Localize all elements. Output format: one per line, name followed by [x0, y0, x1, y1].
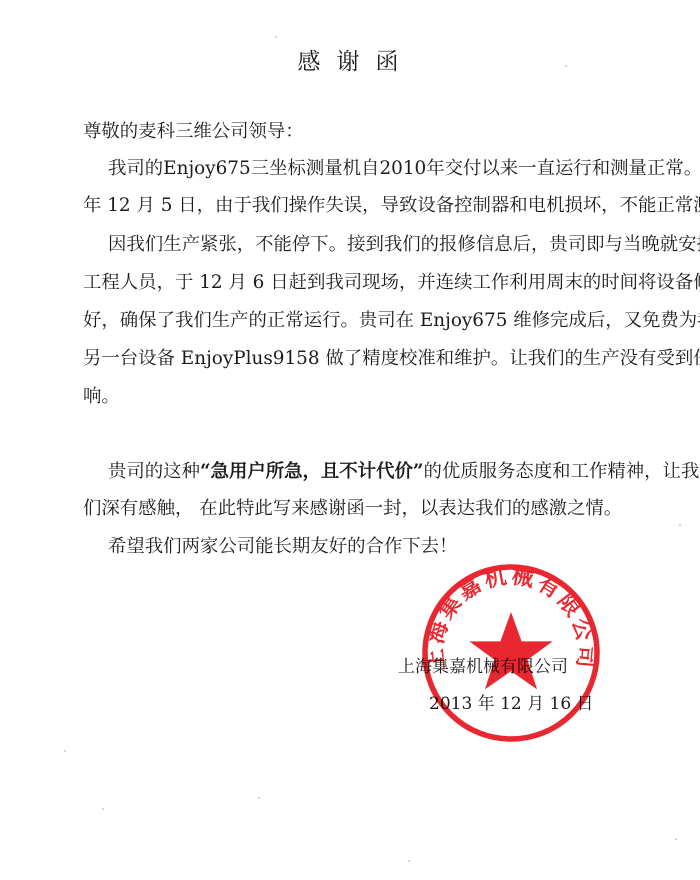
- paragraph-3-line-1: 贵司的这种“急用户所急，且不计代价”的优质服务态度和工作精神，让我: [108, 460, 671, 484]
- paragraph-3-prefix: 贵司的这种: [108, 460, 200, 484]
- paragraph-2-line-5: 响。: [83, 385, 671, 409]
- letter-page: 感谢函 尊敬的麦科三维公司领导： 我司的Enjoy675三坐标测量机自2010年…: [0, 0, 700, 880]
- paragraph-4-line-1: 希望我们两家公司能长期友好的合作下去！: [108, 535, 671, 559]
- paper-speck: [102, 808, 104, 810]
- paragraph-1-line-2: 年 12 月 5 日，由于我们操作失误，导致设备控制器和电机损坏，不能正常测量。: [83, 194, 671, 218]
- star-icon: [469, 612, 552, 689]
- paper-speck: [408, 860, 410, 862]
- paper-speck: [258, 797, 260, 799]
- highlight-quote: “急用户所急，且不计代价”: [200, 460, 423, 484]
- paragraph-2-line-3: 好，确保了我们生产的正常运行。贵司在 Enjoy675 维修完成后，又免费为我司: [83, 309, 671, 333]
- paragraph-3-line-2: 们深有感触， 在此特此写来感谢函一封，以表达我们的感激之情。: [83, 497, 671, 521]
- paragraph-2-line-1: 因我们生产紧张，不能停下。接到我们的报修信息后，贵司即与当晚就安排: [108, 233, 671, 257]
- company-seal-stamp: 上海集嘉机械有限公司: [418, 560, 604, 746]
- paper-speck: [275, 36, 277, 38]
- paper-speck: [64, 750, 66, 752]
- paragraph-1-line-1: 我司的Enjoy675三坐标测量机自2010年交付以来一直运行和测量正常。201…: [108, 157, 671, 181]
- letter-title: 感谢函: [0, 43, 700, 76]
- salutation: 尊敬的麦科三维公司领导：: [83, 120, 671, 144]
- paper-speck: [675, 838, 677, 840]
- paragraph-2-line-4: 另一台设备 EnjoyPlus9158 做了精度校准和维护。让我们的生产没有受到…: [83, 347, 671, 371]
- paragraph-3-suffix: 的优质服务态度和工作精神，让我: [423, 460, 699, 484]
- paper-speck: [679, 524, 681, 526]
- paragraph-2-line-2: 工程人员，于 12 月 6 日赶到我司现场，并连续工作利用周末的时间将设备修复: [83, 271, 671, 295]
- paper-speck: [565, 65, 567, 67]
